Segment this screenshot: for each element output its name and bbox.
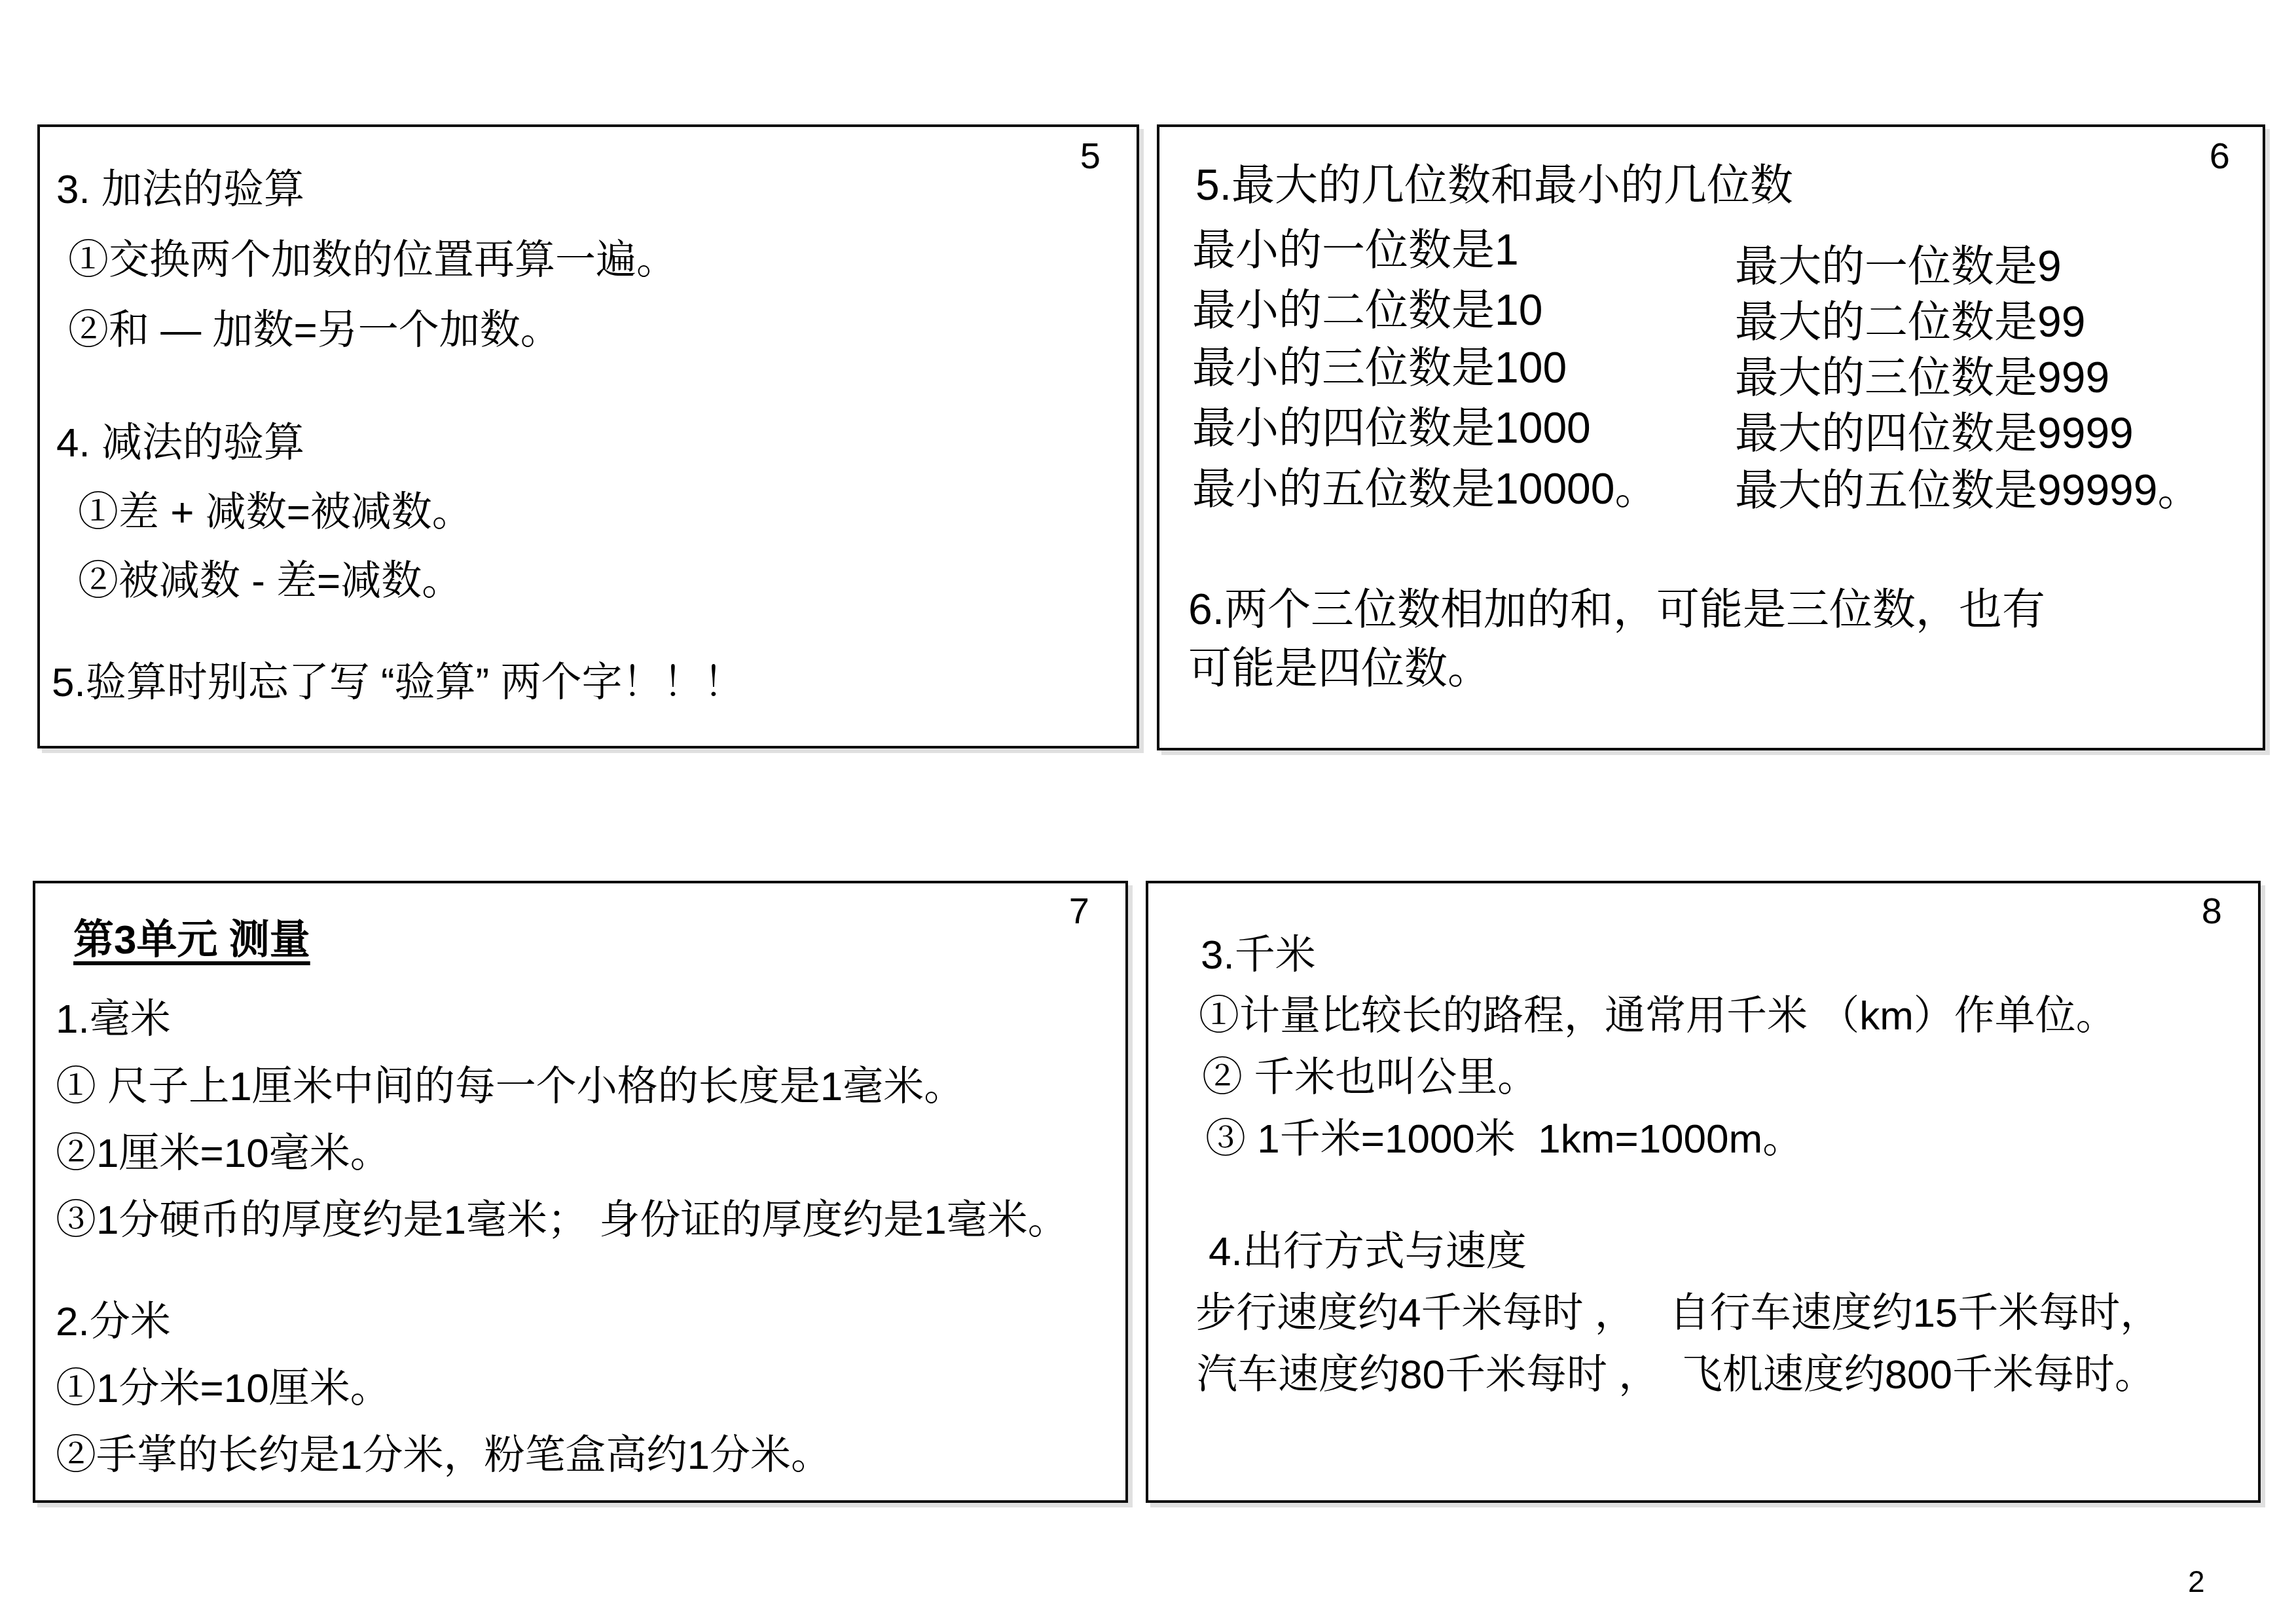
min-digit-line: 最小的一位数是1 xyxy=(1192,226,1519,274)
text-line: ③1分硬币的厚度约是1毫米； 身份证的厚度约是1毫米。 xyxy=(56,1198,1068,1243)
slide-6-page-number: 6 xyxy=(2210,138,2230,174)
min-digit-line: 最小的二位数是10 xyxy=(1192,286,1542,335)
decimeter-heading: 2.分米 xyxy=(56,1299,171,1344)
max-digit-line: 最大的一位数是9 xyxy=(1735,242,2062,291)
text-line: ②1厘米=10毫米。 xyxy=(56,1131,391,1176)
digits-heading: 5.最大的几位数和最小的几位数 xyxy=(1195,161,1793,210)
min-digit-line: 最小的四位数是1000 xyxy=(1192,404,1591,452)
document-page-number: 2 xyxy=(2188,1566,2205,1596)
text-line: ①交换两个加数的位置再算一遍。 xyxy=(68,238,677,283)
text-line: ③ 1千米=1000米 1km=1000m。 xyxy=(1205,1116,1803,1162)
sum-note-line: 6.两个三位数相加的和，可能是三位数，也有 xyxy=(1188,585,2045,634)
text-line: ① 尺子上1厘米中间的每一个小格的长度是1毫米。 xyxy=(56,1064,964,1109)
text-line: ①1分米=10厘米。 xyxy=(56,1366,391,1411)
sum-note-line: 可能是四位数。 xyxy=(1188,644,1491,693)
kilometer-heading: 3.千米 xyxy=(1201,932,1316,978)
text-line: 汽车速度约80千米每时 ， 飞机速度约800千米每时。 xyxy=(1197,1352,2155,1397)
min-digit-line: 最小的五位数是10000。 xyxy=(1192,465,1658,513)
slide-5: 5 3. 加法的验算 ①交换两个加数的位置再算一遍。 ②和 — 加数=另一个加数… xyxy=(37,124,1139,748)
text-line: ②被减数 - 差=减数。 xyxy=(78,559,462,604)
max-digit-line: 最大的二位数是99 xyxy=(1735,298,2085,346)
text-line: ①差 + 减数=被减数。 xyxy=(78,490,473,535)
millimeter-heading: 1.毫米 xyxy=(56,997,171,1042)
slide-7-page-number: 7 xyxy=(1069,893,1089,929)
max-digit-line: 最大的四位数是9999 xyxy=(1735,409,2134,458)
unit-title: 第3单元 测量 xyxy=(73,917,310,963)
slide-7: 7 第3单元 测量 1.毫米 ① 尺子上1厘米中间的每一个小格的长度是1毫米。 … xyxy=(33,881,1128,1503)
text-line: 步行速度约4千米每时 ， 自行车速度约15千米每时， xyxy=(1195,1291,2160,1336)
text-line: ②手掌的长约是1分米，粉笔盒高约1分米。 xyxy=(56,1433,831,1478)
text-line: ②和 — 加数=另一个加数。 xyxy=(68,308,561,353)
text-line: ② 千米也叫公里。 xyxy=(1202,1055,1538,1100)
slide-6: 6 5.最大的几位数和最小的几位数 最小的一位数是1 最小的二位数是10 最小的… xyxy=(1157,124,2265,750)
travel-speed-heading: 4.出行方式与速度 xyxy=(1209,1229,1527,1274)
reminder-line: 5.验算时别忘了写 “验算” 两个字！！！ xyxy=(52,660,744,705)
slide-8: 8 3.千米 ①计量比较长的路程，通常用千米 （km）作单位。 ② 千米也叫公里… xyxy=(1146,881,2261,1503)
text-line: ①计量比较长的路程，通常用千米 （km）作单位。 xyxy=(1199,993,2117,1039)
slide-5-page-number: 5 xyxy=(1080,138,1101,174)
slide-8-page-number: 8 xyxy=(2202,893,2222,929)
document-page: 5 3. 加法的验算 ①交换两个加数的位置再算一遍。 ②和 — 加数=另一个加数… xyxy=(0,0,2296,1624)
min-digit-line: 最小的三位数是100 xyxy=(1192,344,1567,392)
max-digit-line: 最大的三位数是999 xyxy=(1735,354,2109,402)
subtraction-check-heading: 4. 减法的验算 xyxy=(56,420,304,466)
max-digit-line: 最大的五位数是99999。 xyxy=(1735,466,2201,515)
addition-check-heading: 3. 加法的验算 xyxy=(56,167,304,212)
